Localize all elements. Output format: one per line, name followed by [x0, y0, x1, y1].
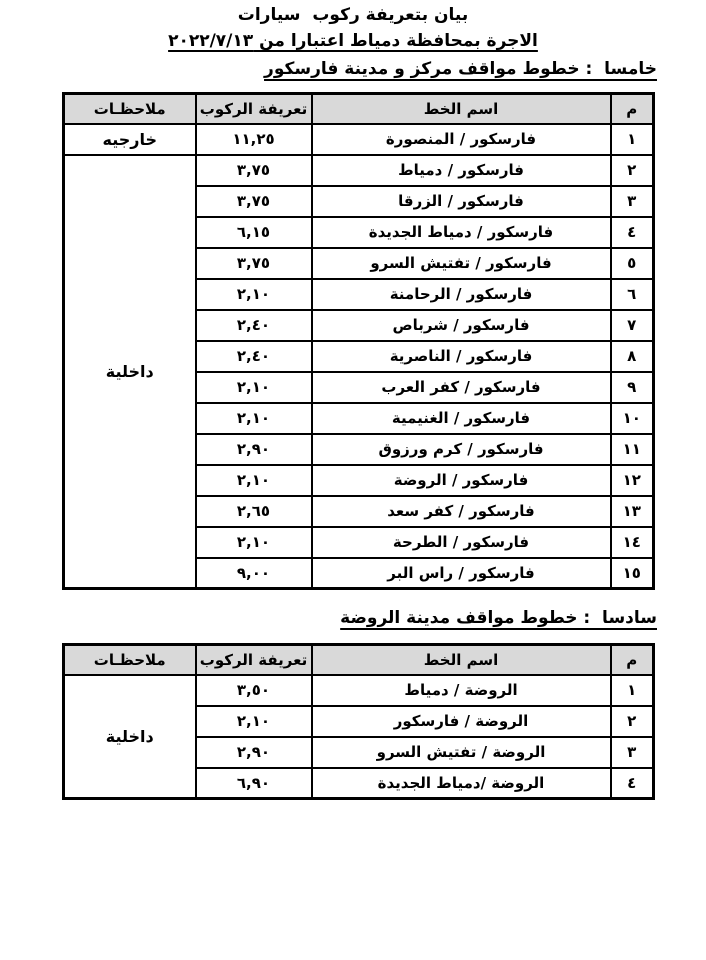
line-name-cell: فارسكور / دمياط: [312, 155, 611, 186]
notes-cell-internal: داخلية: [64, 675, 196, 799]
table-header-row: م اسم الخط تعريفة الركوب ملاحظـات: [64, 94, 654, 124]
serial-cell: ١٠: [611, 403, 654, 434]
serial-cell: ٨: [611, 341, 654, 372]
line-name-cell: الروضة /دمياط الجديدة: [312, 768, 611, 799]
serial-cell: ١: [611, 124, 654, 155]
section-six-heading: سادسا : خطوط مواقف مدينة الروضة: [340, 608, 657, 628]
table-row: ١ فارسكور / المنصورة ١١,٢٥ خارجيه: [64, 124, 654, 155]
line-name-cell: فارسكور / الطرحة: [312, 527, 611, 558]
serial-cell: ١٣: [611, 496, 654, 527]
document-subtitle-date: الاجرة بمحافظة دمياط اعتبارا من ٢٠٢٢/٧/١…: [0, 31, 706, 51]
fare-cell: ٢,١٠: [196, 279, 312, 310]
serial-cell: ١٥: [611, 558, 654, 589]
fare-cell: ٣,٧٥: [196, 186, 312, 217]
line-name-cell: فارسكور / الرحامنة: [312, 279, 611, 310]
line-name-cell: الروضة / فارسكور: [312, 706, 611, 737]
header-notes: ملاحظـات: [64, 94, 196, 124]
fare-cell: ٢,١٠: [196, 706, 312, 737]
fare-cell: ٦,٩٠: [196, 768, 312, 799]
fare-cell: ٢,٩٠: [196, 434, 312, 465]
fare-cell: ٢,٤٠: [196, 341, 312, 372]
line-name-cell: فارسكور / كفر العرب: [312, 372, 611, 403]
line-name-cell: فارسكور / كرم ورزوق: [312, 434, 611, 465]
line-name-cell: فارسكور / الناصرية: [312, 341, 611, 372]
serial-cell: ٩: [611, 372, 654, 403]
header-line-name: اسم الخط: [312, 94, 611, 124]
fare-cell: ٦,١٥: [196, 217, 312, 248]
notes-cell-external: خارجيه: [64, 124, 196, 155]
serial-cell: ١٤: [611, 527, 654, 558]
line-name-cell: فارسكور / راس البر: [312, 558, 611, 589]
serial-cell: ٦: [611, 279, 654, 310]
serial-cell: ٥: [611, 248, 654, 279]
fare-cell: ٢,٩٠: [196, 737, 312, 768]
farskour-fares-table: م اسم الخط تعريفة الركوب ملاحظـات ١ فارس…: [62, 92, 655, 590]
serial-cell: ٧: [611, 310, 654, 341]
header-notes: ملاحظـات: [64, 645, 196, 675]
fare-document-page: بيان بتعريفة ركوب سيارات الاجرة بمحافظة …: [0, 0, 706, 960]
fare-cell: ٢,١٠: [196, 527, 312, 558]
notes-cell-internal: داخلية: [64, 155, 196, 589]
serial-cell: ٤: [611, 217, 654, 248]
header-serial: م: [611, 94, 654, 124]
serial-cell: ١: [611, 675, 654, 706]
table-row: ١ الروضة / دمياط ٣,٥٠ داخلية: [64, 675, 654, 706]
line-name-cell: الروضة / دمياط: [312, 675, 611, 706]
header-fare: تعريفة الركوب: [196, 94, 312, 124]
document-title: بيان بتعريفة ركوب سيارات: [0, 5, 706, 25]
fare-cell: ١١,٢٥: [196, 124, 312, 155]
fare-cell: ٣,٧٥: [196, 155, 312, 186]
table-row: ٢ فارسكور / دمياط ٣,٧٥ داخلية: [64, 155, 654, 186]
line-name-cell: فارسكور / شرباص: [312, 310, 611, 341]
serial-cell: ٣: [611, 186, 654, 217]
header-serial: م: [611, 645, 654, 675]
serial-cell: ٢: [611, 155, 654, 186]
fare-cell: ٢,١٠: [196, 372, 312, 403]
serial-cell: ٢: [611, 706, 654, 737]
fare-cell: ٣,٥٠: [196, 675, 312, 706]
serial-cell: ١١: [611, 434, 654, 465]
serial-cell: ٣: [611, 737, 654, 768]
line-name-cell: فارسكور / دمياط الجديدة: [312, 217, 611, 248]
line-name-cell: فارسكور / تفتيش السرو: [312, 248, 611, 279]
header-line-name: اسم الخط: [312, 645, 611, 675]
line-name-cell: فارسكور / كفر سعد: [312, 496, 611, 527]
line-name-cell: فارسكور / الروضة: [312, 465, 611, 496]
serial-cell: ١٢: [611, 465, 654, 496]
section-five-heading: خامسا : خطوط مواقف مركز و مدينة فارسكور: [264, 59, 657, 79]
line-name-cell: فارسكور / الزرقا: [312, 186, 611, 217]
header-fare: تعريفة الركوب: [196, 645, 312, 675]
fare-cell: ٢,٦٥: [196, 496, 312, 527]
serial-cell: ٤: [611, 768, 654, 799]
line-name-cell: فارسكور / المنصورة: [312, 124, 611, 155]
fare-cell: ٢,١٠: [196, 403, 312, 434]
line-name-cell: فارسكور / الغنيمية: [312, 403, 611, 434]
fare-cell: ٢,١٠: [196, 465, 312, 496]
rawda-fares-table: م اسم الخط تعريفة الركوب ملاحظـات ١ الرو…: [62, 643, 655, 800]
table-header-row: م اسم الخط تعريفة الركوب ملاحظـات: [64, 645, 654, 675]
fare-cell: ٢,٤٠: [196, 310, 312, 341]
line-name-cell: الروضة / تفتيش السرو: [312, 737, 611, 768]
fare-cell: ٩,٠٠: [196, 558, 312, 589]
fare-cell: ٣,٧٥: [196, 248, 312, 279]
